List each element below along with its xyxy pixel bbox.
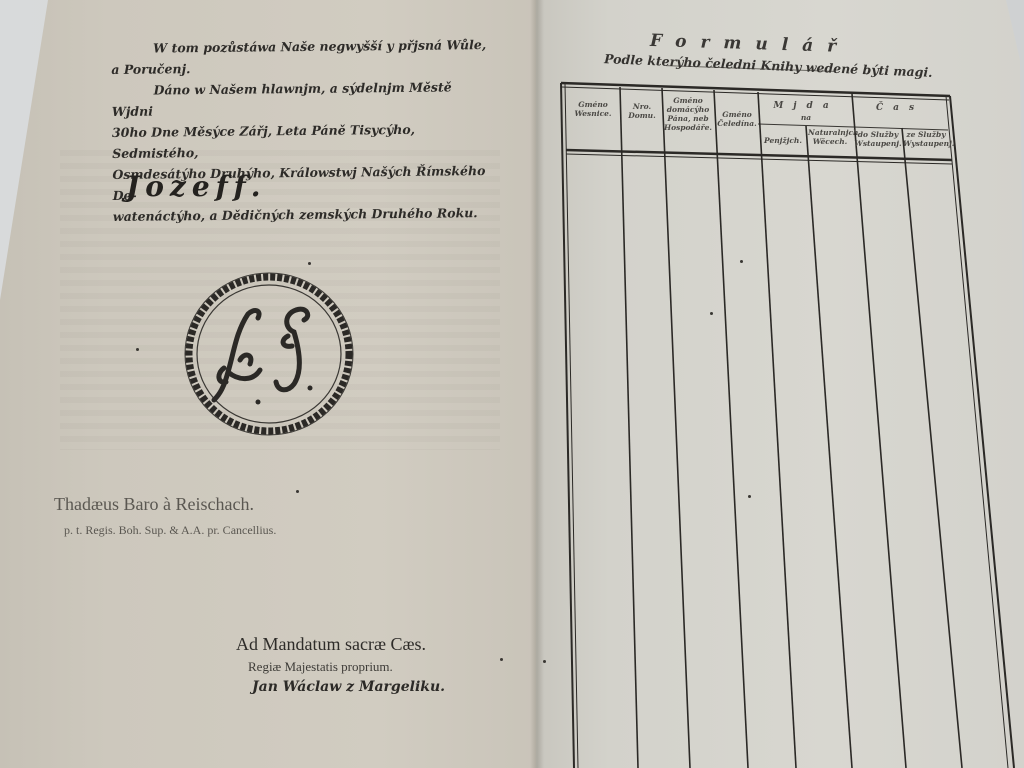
column-header-in-kind: Naturalnjch Wěcech. <box>808 128 852 146</box>
column-header-service-end: ze Služby Wystaupenj. <box>903 130 949 148</box>
group-header-wages-sub: na <box>760 113 852 122</box>
ledger-table-grid <box>0 0 1024 768</box>
column-header-servant: Gméno Čeledína. <box>716 110 758 128</box>
column-header-householder: Gméno domácýho Pána, neb Hospodáře. <box>663 96 713 132</box>
column-header-village: Gméno Wesnice. <box>566 100 620 118</box>
column-header-service-start: do Služby Wstaupenj. <box>854 130 902 148</box>
column-header-money: Penjžjch. <box>760 136 806 145</box>
group-header-time: Čas <box>854 104 946 113</box>
column-header-house-number: Nro. Domu. <box>622 102 662 120</box>
group-header-wages: Mjda <box>760 102 852 111</box>
